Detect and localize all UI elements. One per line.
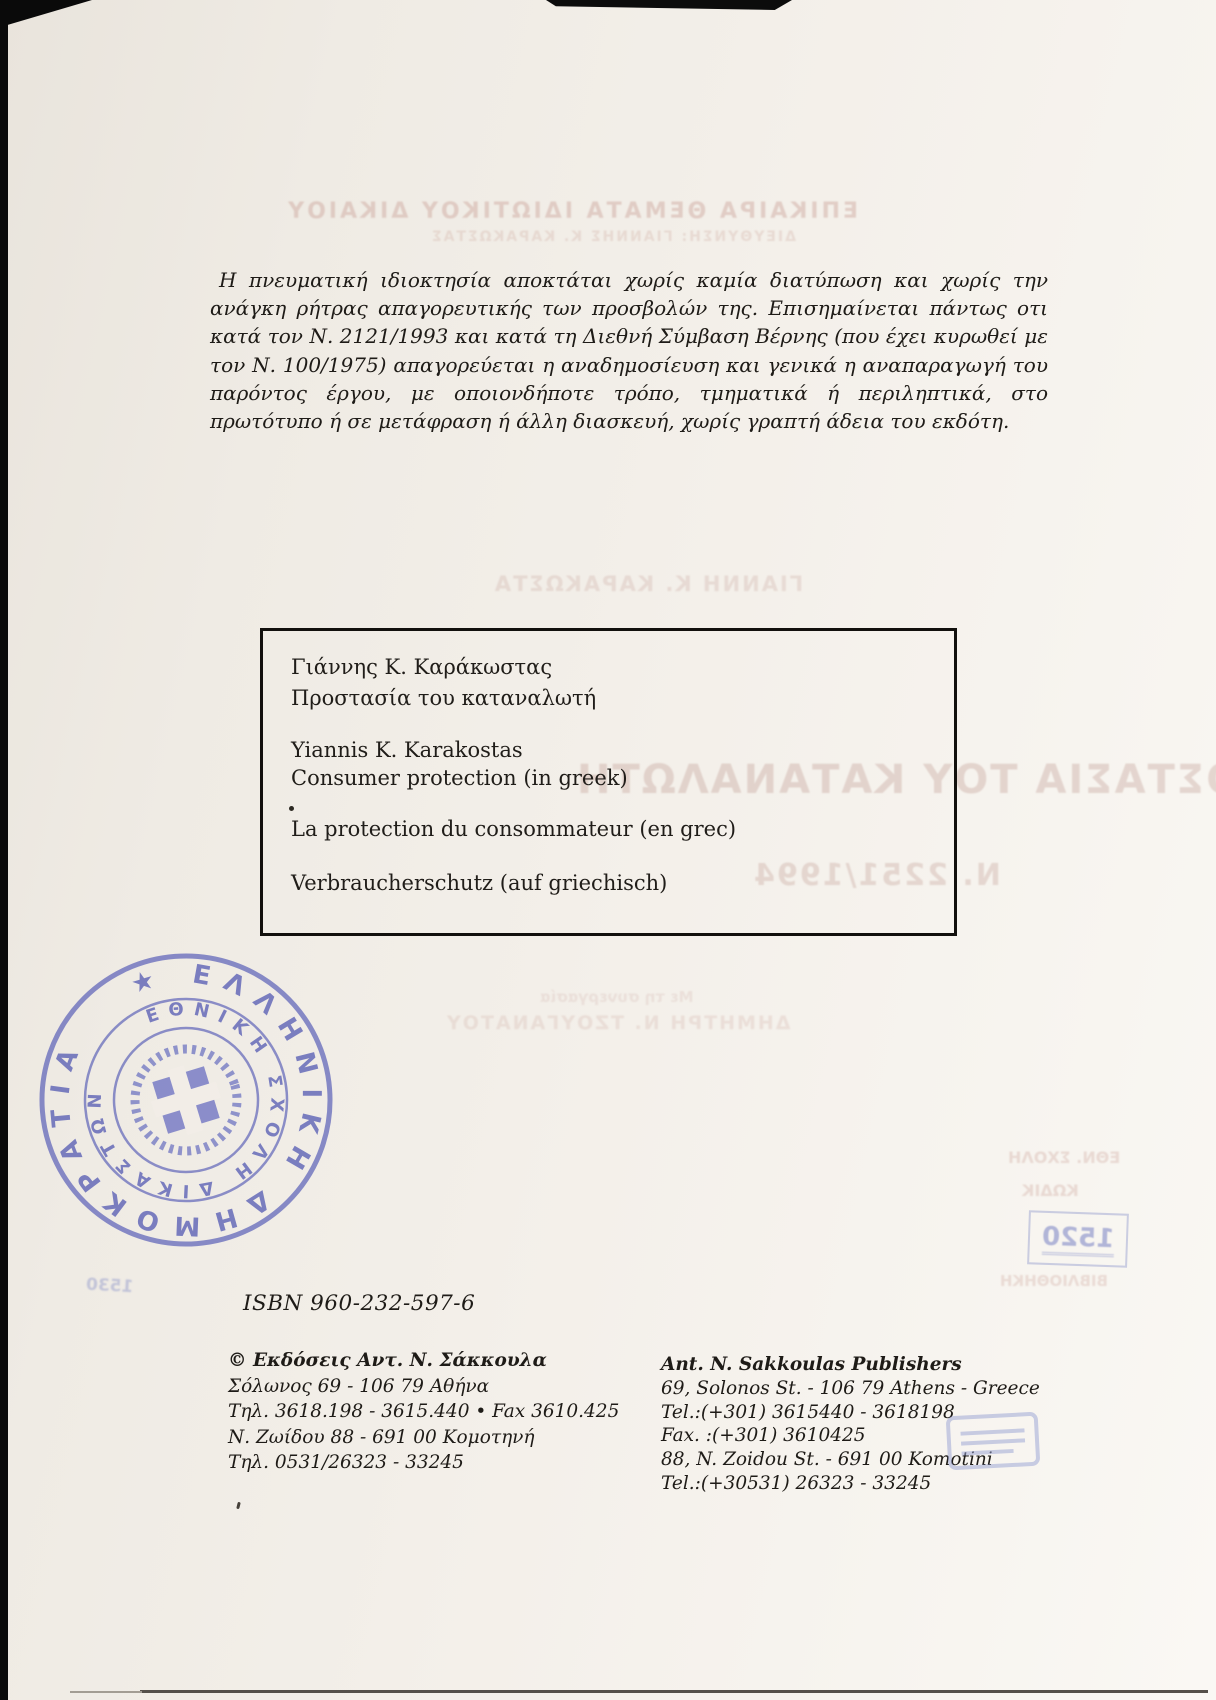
publisher-address-komotini-gr: Ν. Ζωίδου 88 - 691 00 Κομοτηνή: [228, 1425, 619, 1451]
publisher-phone-athens-gr: Τηλ. 3618.198 - 3615.440 • Fax 3610.425: [228, 1399, 619, 1425]
publisher-phone-komotini-en: Tel.:(+30531) 26323 - 33245: [661, 1472, 1040, 1496]
bleedthrough-collaboration-line: Με τη συνεργασία: [540, 988, 693, 1006]
publisher-name-greek: © Εκδόσεις Αντ. Ν. Σάκκουλα: [228, 1348, 619, 1374]
book-title-french: La protection du consommateur (en grec): [291, 817, 736, 841]
author-name-english: Yiannis K. Karakostas: [291, 738, 523, 762]
bottom-edge-scan-line: [140, 1690, 1208, 1693]
title-box: Γιάννης Κ. Καράκωστας Προστασία του κατα…: [260, 628, 957, 936]
bleedthrough-publisher-logo: [944, 1410, 1043, 1473]
left-edge-scan-artifact: [0, 0, 8, 1700]
author-name-greek: Γιάννης Κ. Καράκωστας: [291, 655, 552, 679]
publisher-address-athens-en: 69, Solonos St. - 106 79 Athens - Greece: [661, 1377, 1040, 1401]
bleedthrough-series-title: ΕΠΙΚΑΙΡΑ ΘΕΜΑΤΑ ΙΔΙΩΤΙΚΟΥ ΔΙΚΑΙΟΥ: [372, 199, 858, 224]
bleedthrough-accession-box: 1520: [1027, 1210, 1129, 1267]
top-edge-scan-artifact: [546, 0, 792, 10]
scanned-book-copyright-page: ΕΠΙΚΑΙΡΑ ΘΕΜΑΤΑ ΙΔΙΩΤΙΚΟΥ ΔΙΚΑΙΟΥ ΔΙΕΥΘΥ…: [0, 0, 1216, 1700]
bleedthrough-number-left: 1530: [86, 1275, 134, 1297]
bleedthrough-author-caps: ΓΙΑΝΝΗ Κ. ΚΑΡΑΚΩΣΤΑ: [478, 572, 818, 596]
bleedthrough-library-school: ΕΘΝ. ΣΧΟΛΗ: [1008, 1148, 1120, 1167]
isbn-line: ISBN 960-232-597-6: [243, 1291, 475, 1316]
book-title-greek: Προστασία του καταναλωτή: [291, 686, 596, 710]
top-left-corner-scan-artifact: [0, 0, 92, 25]
ink-dot-artifact: [289, 806, 294, 811]
bleedthrough-accession-number: 1520: [1041, 1221, 1114, 1257]
bleedthrough-collaborator-name: ΔΗΜΗΤΡΗ Ν. ΤΖΟΥΓΑΝΑΤΟΥ: [445, 1012, 791, 1034]
bleedthrough-library-label: ΒΙΒΛΙΟΘΗΚΗ: [1000, 1272, 1108, 1290]
stamp-coat-of-arms: [122, 1036, 249, 1163]
ink-speck-artifact: [236, 1502, 241, 1510]
book-title-english: Consumer protection (in greek): [291, 766, 628, 790]
copyright-notice: Η πνευματική ιδιοκτησία αποκτάται χωρίς …: [210, 266, 1048, 435]
publisher-block-greek: © Εκδόσεις Αντ. Ν. Σάκκουλα Σόλωνος 69 -…: [228, 1348, 619, 1476]
bottom-edge-scan-line-faint: [70, 1691, 142, 1693]
library-round-stamp: ★ ΕΛΛΗΝΙΚΗ ΔΗΜΟΚΡΑΤΙΑ ΕΘΝΙΚΗ ΣΧΟΛΗ ΔΙΚΑΣ…: [36, 950, 336, 1250]
bleedthrough-series-editor: ΔΙΕΥΘΥΝΣΗ: ΓΙΑΝΝΗΣ Κ. ΚΑΡΑΚΩΣΤΑΣ: [430, 229, 796, 245]
publisher-name-english: Ant. N. Sakkoulas Publishers: [661, 1353, 1040, 1377]
book-title-german: Verbraucherschutz (auf griechisch): [291, 871, 667, 895]
publisher-phone-komotini-gr: Τηλ. 0531/26323 - 33245: [228, 1450, 619, 1476]
bleedthrough-library-code: ΚΩΔΙΚ: [1022, 1181, 1079, 1200]
publisher-address-athens-gr: Σόλωνος 69 - 106 79 Αθήνα: [228, 1374, 619, 1400]
